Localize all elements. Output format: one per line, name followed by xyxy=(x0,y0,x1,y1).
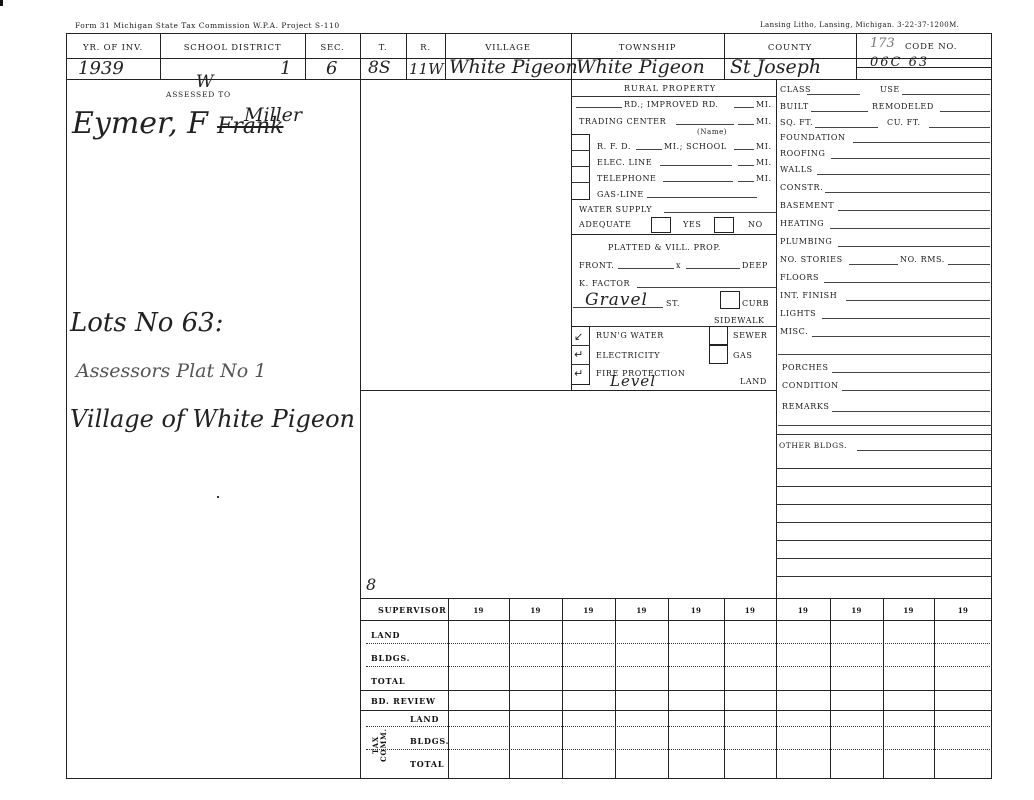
valuation-cell[interactable] xyxy=(830,726,883,749)
year-header[interactable]: 19 xyxy=(615,606,668,615)
use-label: USE xyxy=(880,85,900,94)
plumbing-label: PLUMBING xyxy=(780,237,832,246)
valuation-cell[interactable] xyxy=(615,666,668,690)
tax-comm-land-label: LAND xyxy=(410,714,439,724)
valuation-cell[interactable] xyxy=(668,620,724,643)
adequate-yes-checkbox[interactable] xyxy=(651,217,671,233)
township-value[interactable]: White Pigeon xyxy=(576,56,705,78)
other-bldgs-row[interactable] xyxy=(776,558,992,559)
valuation-cell[interactable] xyxy=(883,666,934,690)
valuation-cell[interactable] xyxy=(509,690,562,710)
remodeled-field[interactable] xyxy=(940,111,990,112)
valuation-cell[interactable] xyxy=(724,710,776,726)
form-title: Form 31 Michigan State Tax Commission W.… xyxy=(75,21,340,30)
no-rms-field[interactable] xyxy=(948,264,990,265)
class-field[interactable] xyxy=(807,94,860,95)
no-stories-label: NO. STORIES xyxy=(780,255,843,264)
year-header[interactable]: 19 xyxy=(934,606,992,615)
foundation-field[interactable] xyxy=(853,142,990,143)
plumbing-field[interactable] xyxy=(838,246,990,247)
year-header[interactable]: 19 xyxy=(776,606,830,615)
valuation-cell[interactable] xyxy=(934,749,992,779)
valuation-cell[interactable] xyxy=(562,666,615,690)
valuation-cell[interactable] xyxy=(668,749,724,779)
misc-field[interactable] xyxy=(812,336,990,337)
valuation-cell[interactable] xyxy=(883,710,934,726)
bldgs-label: BLDGS. xyxy=(371,653,410,663)
telephone-checkbox[interactable] xyxy=(571,166,590,182)
county-label: COUNTY xyxy=(724,43,856,53)
t-label: T. xyxy=(360,43,406,53)
other-bldgs-row[interactable] xyxy=(776,576,992,577)
mi-label: MI. xyxy=(756,100,772,109)
valuation-cell[interactable] xyxy=(562,620,615,643)
mi-label: MI. xyxy=(756,117,772,126)
roofing-label: ROOFING xyxy=(780,149,825,158)
valuation-cell[interactable] xyxy=(934,690,992,710)
elec-line-label: ELEC. LINE xyxy=(597,158,652,167)
valuation-cell[interactable] xyxy=(668,643,724,666)
col-divider xyxy=(406,33,407,79)
sec-label: SEC. xyxy=(305,43,360,53)
speck xyxy=(217,496,219,498)
year-header[interactable]: 19 xyxy=(509,606,562,615)
condition-label: CONDITION xyxy=(782,381,839,390)
scan-mark xyxy=(0,0,3,6)
valuation-cell[interactable] xyxy=(776,710,830,726)
other-bldgs-field[interactable] xyxy=(857,450,992,451)
telephone-label: TELEPHONE xyxy=(597,174,657,183)
valuation-cell[interactable] xyxy=(830,666,883,690)
valuation-cell[interactable] xyxy=(830,690,883,710)
k-factor-field[interactable] xyxy=(637,287,776,288)
cu-ft-field[interactable] xyxy=(929,127,990,128)
valuation-cell[interactable] xyxy=(562,710,615,726)
col-divider xyxy=(445,33,446,79)
valuation-cell[interactable] xyxy=(934,726,992,749)
basement-field[interactable] xyxy=(838,210,990,211)
valuation-cell[interactable] xyxy=(668,666,724,690)
roofing-field[interactable] xyxy=(831,158,990,159)
rd-improved-label: RD.; IMPROVED RD. xyxy=(624,100,719,109)
valuation-cell[interactable] xyxy=(509,710,562,726)
valuation-cell[interactable] xyxy=(934,643,992,666)
foundation-label: FOUNDATION xyxy=(780,133,846,142)
no-rms-label: NO. RMS. xyxy=(900,255,945,264)
r-value[interactable]: 11W xyxy=(409,60,444,78)
use-field[interactable] xyxy=(902,94,990,95)
other-bldgs-row[interactable] xyxy=(776,468,992,469)
description-line-3[interactable]: Village of White Pigeon xyxy=(70,405,355,433)
description-line-2[interactable]: Assessors Plat No 1 xyxy=(76,360,266,382)
misc-label: MISC. xyxy=(780,327,808,336)
st-label: ST. xyxy=(666,299,680,308)
township-label: TOWNSHIP xyxy=(571,43,724,53)
valuation-cell[interactable] xyxy=(509,666,562,690)
sketch-number: 8 xyxy=(366,575,376,594)
valuation-cell[interactable] xyxy=(883,726,934,749)
lights-label: LIGHTS xyxy=(780,309,816,318)
remarks-label: REMARKS xyxy=(782,402,830,411)
yr-of-inv-value[interactable]: 1939 xyxy=(78,58,124,79)
sewer-label: SEWER xyxy=(733,331,767,340)
mi-school-label: MI.; SCHOOL xyxy=(664,142,727,151)
floors-label: FLOORS xyxy=(780,273,819,282)
divider xyxy=(571,96,776,97)
bd-review-label: BD. REVIEW xyxy=(371,696,436,706)
valuation-cell[interactable] xyxy=(776,620,830,643)
front-field[interactable] xyxy=(618,268,674,269)
year-header[interactable]: 19 xyxy=(448,606,509,615)
condition-field[interactable] xyxy=(842,390,990,391)
remarks-field[interactable] xyxy=(832,411,990,412)
valuation-cell[interactable] xyxy=(724,643,776,666)
printer-credit: Lansing Litho, Lansing, Michigan. 3-22-3… xyxy=(760,21,959,29)
valuation-cell[interactable] xyxy=(883,620,934,643)
valuation-cell[interactable] xyxy=(448,726,509,749)
land-value[interactable]: Level xyxy=(610,372,656,390)
valuation-cell[interactable] xyxy=(830,749,883,779)
description-line-1[interactable]: Lots No 63: xyxy=(70,308,224,338)
platted-title: PLATTED & VILL. PROP. xyxy=(608,243,721,252)
school-district-value[interactable]: 1 xyxy=(280,58,291,79)
other-bldgs-row[interactable] xyxy=(776,486,992,487)
village-label: VILLAGE xyxy=(445,43,571,53)
rural-property-title: RURAL PROPERTY xyxy=(624,84,716,93)
tax-comm-bldgs-label: BLDGS. xyxy=(410,736,449,746)
valuation-cell[interactable] xyxy=(509,620,562,643)
basement-label: BASEMENT xyxy=(780,201,834,210)
remodeled-label: REMODELED xyxy=(872,102,934,111)
year-header[interactable]: 19 xyxy=(883,606,934,615)
yr-of-inv-label: YR. OF INV. xyxy=(66,43,160,53)
running-water-check[interactable]: ↙ xyxy=(574,330,583,343)
valuation-cell[interactable] xyxy=(724,749,776,779)
supervisor-label: SUPERVISOR xyxy=(378,605,447,615)
mi-label: MI. xyxy=(756,142,772,151)
sidewalk-label: SIDEWALK xyxy=(714,316,765,325)
electricity-check[interactable]: ↵ xyxy=(574,348,583,361)
times-label: x xyxy=(676,261,681,270)
other-bldgs-row[interactable] xyxy=(776,504,992,505)
int-finish-field[interactable] xyxy=(846,300,990,301)
trading-center-label: TRADING CENTER xyxy=(579,117,666,126)
curb-label: CURB xyxy=(742,299,769,308)
rfd-label: R. F. D. xyxy=(597,142,631,151)
sq-ft-label: SQ. FT. xyxy=(780,118,813,127)
int-finish-label: INT. FINISH xyxy=(780,291,837,300)
valuation-cell[interactable] xyxy=(668,710,724,726)
code-no-value[interactable]: 06C 63 xyxy=(870,55,929,70)
walls-field[interactable] xyxy=(817,174,990,175)
school-district-label: SCHOOL DISTRICT xyxy=(160,43,305,53)
lights-field[interactable] xyxy=(822,318,990,319)
valuation-cell[interactable] xyxy=(776,749,830,779)
gas-label: GAS xyxy=(733,351,752,360)
valuation-cell[interactable] xyxy=(883,690,934,710)
total-label: TOTAL xyxy=(371,676,405,686)
other-bldgs-label: OTHER BLDGS. xyxy=(779,441,847,450)
valuation-cell[interactable] xyxy=(830,620,883,643)
deep-label: DEEP xyxy=(742,261,768,270)
valuation-cell[interactable] xyxy=(509,643,562,666)
front-label: FRONT. xyxy=(579,261,614,270)
water-supply-label: WATER SUPPLY xyxy=(579,205,652,214)
year-header[interactable]: 19 xyxy=(668,606,724,615)
rfd-checkbox[interactable] xyxy=(571,134,590,150)
header-bottom xyxy=(66,79,776,80)
valuation-cell[interactable] xyxy=(615,690,668,710)
heating-label: HEATING xyxy=(780,219,824,228)
valuation-cell[interactable] xyxy=(934,620,992,643)
t-value[interactable]: 8S xyxy=(368,58,390,78)
built-label: BUILT xyxy=(780,102,809,111)
valuation-cell[interactable] xyxy=(724,726,776,749)
year-header[interactable]: 19 xyxy=(830,606,883,615)
valuation-cell[interactable] xyxy=(509,749,562,779)
county-bottom xyxy=(776,79,992,80)
heating-field[interactable] xyxy=(830,228,990,229)
village-value[interactable]: White Pigeon xyxy=(449,56,578,78)
valuation-cell[interactable] xyxy=(776,690,830,710)
valuation-cell[interactable] xyxy=(562,690,615,710)
adequate-no-checkbox[interactable] xyxy=(714,217,734,233)
porches-label: PORCHES xyxy=(782,363,829,372)
valuation-cell[interactable] xyxy=(668,690,724,710)
valuation-cell[interactable] xyxy=(776,643,830,666)
sketch-area-top xyxy=(360,390,776,391)
valuation-cell[interactable] xyxy=(615,643,668,666)
valuation-cell[interactable] xyxy=(615,620,668,643)
deep-field[interactable] xyxy=(686,268,740,269)
other-bldgs-row[interactable] xyxy=(776,540,992,541)
valuation-top xyxy=(360,598,992,599)
valuation-cell[interactable] xyxy=(448,690,509,710)
col-divider xyxy=(724,33,725,79)
code-prefix-value[interactable]: 173 xyxy=(870,36,895,51)
fire-protection-check[interactable]: ↵ xyxy=(574,367,583,380)
name-hint: (Name) xyxy=(697,128,727,136)
owner-name: Eymer, F xyxy=(72,106,208,141)
constr-field[interactable] xyxy=(825,192,990,193)
col-divider-main xyxy=(360,33,361,779)
constr-label: CONSTR. xyxy=(780,183,823,192)
floors-field[interactable] xyxy=(824,282,990,283)
col-divider xyxy=(160,33,161,79)
sq-ft-field[interactable] xyxy=(815,127,878,128)
assessed-to-label: ASSESSED TO xyxy=(166,90,231,99)
misc-continuation-field[interactable] xyxy=(778,354,992,355)
valuation-cell[interactable] xyxy=(883,643,934,666)
running-water-label: RUN'G WATER xyxy=(596,331,664,340)
valuation-cell[interactable] xyxy=(615,749,668,779)
col-divider xyxy=(305,33,306,79)
cu-ft-label: CU. FT. xyxy=(887,118,921,127)
sec-value[interactable]: 6 xyxy=(326,58,337,79)
electricity-label: ELECTRICITY xyxy=(596,351,660,360)
tax-comm-total-label: TOTAL xyxy=(410,759,444,769)
col-divider-building xyxy=(776,79,777,599)
county-value[interactable]: St Joseph xyxy=(730,56,821,78)
year-header[interactable]: 19 xyxy=(724,606,776,615)
valuation-cell[interactable] xyxy=(615,710,668,726)
owner-name-correction[interactable]: Miller xyxy=(244,104,302,126)
adequate-label: ADEQUATE xyxy=(579,220,631,229)
valuation-cell[interactable] xyxy=(448,710,509,726)
valuation-cell[interactable] xyxy=(724,690,776,710)
valuation-cell[interactable] xyxy=(883,749,934,779)
remarks-continuation-field[interactable] xyxy=(778,425,992,426)
no-label: NO xyxy=(748,220,763,229)
valuation-cell[interactable] xyxy=(724,620,776,643)
valuation-cell[interactable] xyxy=(668,726,724,749)
valuation-cell[interactable] xyxy=(830,710,883,726)
r-label: R. xyxy=(406,43,445,53)
gas-checkbox[interactable] xyxy=(709,345,728,364)
valuation-cell[interactable] xyxy=(830,643,883,666)
code-no-label: CODE NO. xyxy=(905,42,985,52)
valuation-cell[interactable] xyxy=(934,710,992,726)
gas-line-label: GAS-LINE xyxy=(597,190,644,199)
porches-field[interactable] xyxy=(832,372,990,373)
no-stories-field[interactable] xyxy=(849,264,898,265)
class-label: CLASS xyxy=(780,85,811,94)
valuation-cell[interactable] xyxy=(448,749,509,779)
valuation-cell[interactable] xyxy=(776,726,830,749)
valuation-cell[interactable] xyxy=(562,726,615,749)
valuation-cell[interactable] xyxy=(562,749,615,779)
valuation-cell[interactable] xyxy=(562,643,615,666)
gas-line-checkbox[interactable] xyxy=(571,182,590,198)
mi-label: MI. xyxy=(756,174,772,183)
other-bldgs-row[interactable] xyxy=(776,522,992,523)
valuation-cell[interactable] xyxy=(448,620,509,643)
sewer-checkbox[interactable] xyxy=(709,326,728,345)
tax-comm-label: TAX COMM. xyxy=(372,725,388,765)
valuation-cell[interactable] xyxy=(448,666,509,690)
k-factor-label: K. FACTOR xyxy=(579,279,630,288)
valuation-cell[interactable] xyxy=(934,666,992,690)
col-divider xyxy=(856,33,857,79)
year-header[interactable]: 19 xyxy=(562,606,615,615)
valuation-cell[interactable] xyxy=(724,666,776,690)
valuation-cell[interactable] xyxy=(615,726,668,749)
valuation-cell[interactable] xyxy=(448,643,509,666)
mi-label: MI. xyxy=(756,158,772,167)
valuation-cell[interactable] xyxy=(776,666,830,690)
curb-checkbox[interactable] xyxy=(720,291,740,309)
land-label: LAND xyxy=(371,630,400,640)
district-mark: W xyxy=(196,72,213,92)
elec-line-checkbox[interactable] xyxy=(571,150,590,166)
yes-label: YES xyxy=(683,220,701,229)
built-field[interactable] xyxy=(811,111,868,112)
land-label: LAND xyxy=(740,377,767,386)
valuation-cell[interactable] xyxy=(509,726,562,749)
walls-label: WALLS xyxy=(780,165,813,174)
